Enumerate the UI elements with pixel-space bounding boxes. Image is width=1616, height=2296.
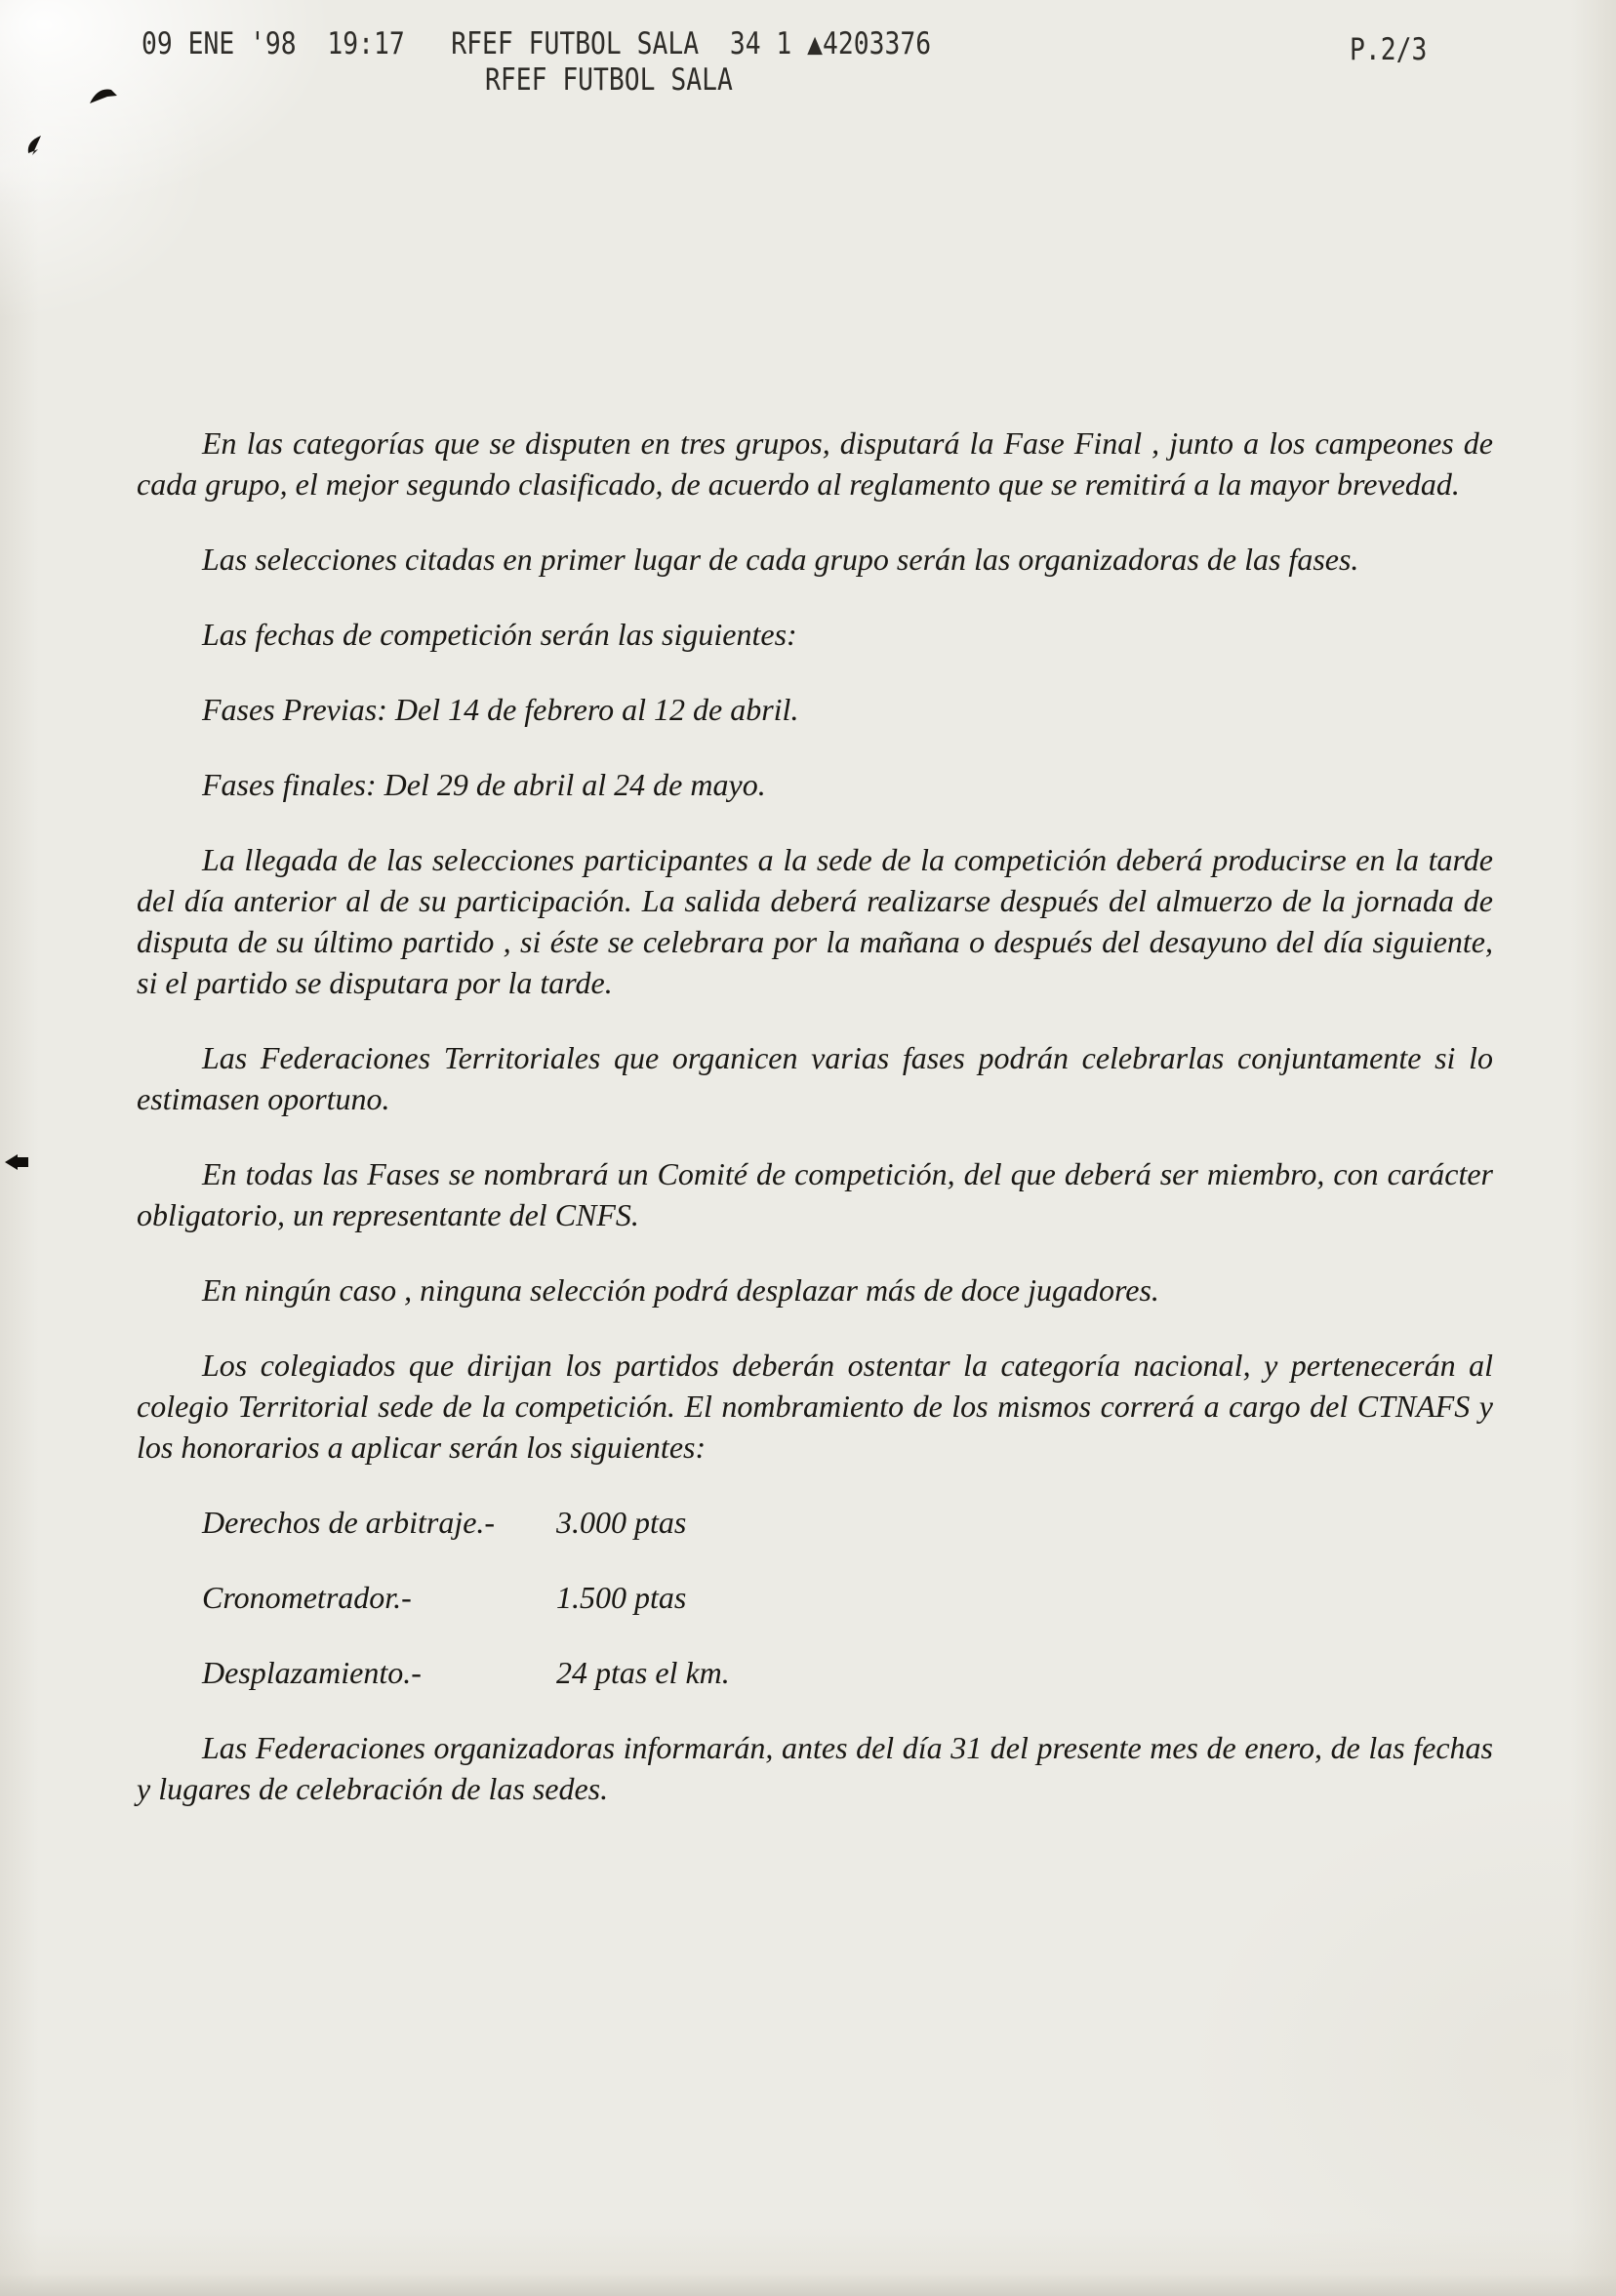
closing-paragraph: Las Federaciones organizadoras informará…	[137, 1727, 1493, 1809]
fee-value: 3.000 ptas	[556, 1505, 686, 1540]
paragraph: La llegada de las selecciones participan…	[137, 839, 1493, 1003]
fax-page-indicator: P.2/3	[1350, 32, 1427, 67]
paragraph: En las categorías que se disputen en tre…	[137, 423, 1493, 504]
paragraph: En ningún caso , ninguna selección podrá…	[137, 1269, 1493, 1310]
fax-page: 09 ENE '98 19:17 RFEF FUTBOL SALA 34 1 ▲…	[0, 0, 1616, 2296]
fee-value: 24 ptas el km.	[556, 1655, 730, 1690]
fee-label: Derechos de arbitraje.-	[202, 1502, 548, 1543]
paragraph: Fases finales: Del 29 de abril al 24 de …	[137, 764, 1493, 805]
paragraph: Las fechas de competición serán las sigu…	[137, 614, 1493, 655]
paragraph: Las Federaciones Territoriales que organ…	[137, 1037, 1493, 1119]
paragraph: Fases Previas: Del 14 de febrero al 12 d…	[137, 689, 1493, 730]
fee-label: Cronometrador.-	[202, 1577, 548, 1618]
fee-value: 1.500 ptas	[556, 1580, 686, 1615]
paragraph: En todas las Fases se nombrará un Comité…	[137, 1153, 1493, 1235]
fee-label: Desplazamiento.-	[202, 1652, 548, 1693]
document-body: En las categorías que se disputen en tre…	[137, 423, 1493, 1843]
pen-scribble-icon	[24, 134, 48, 159]
fax-transmission-line: 09 ENE '98 19:17 RFEF FUTBOL SALA 34 1 ▲…	[141, 26, 931, 61]
fee-row: Cronometrador.- 1.500 ptas	[202, 1577, 1493, 1618]
paragraph: Los colegiados que dirijan los partidos …	[137, 1345, 1493, 1468]
fax-sender-line: RFEF FUTBOL SALA	[485, 62, 733, 98]
fee-row: Desplazamiento.- 24 ptas el km.	[202, 1652, 1493, 1693]
fee-row: Derechos de arbitraje.- 3.000 ptas	[202, 1502, 1493, 1543]
paragraph: Las selecciones citadas en primer lugar …	[137, 539, 1493, 580]
arrow-left-icon	[5, 1154, 30, 1171]
fee-list: Derechos de arbitraje.- 3.000 ptas Crono…	[202, 1502, 1493, 1693]
pen-scribble-icon	[88, 83, 121, 110]
